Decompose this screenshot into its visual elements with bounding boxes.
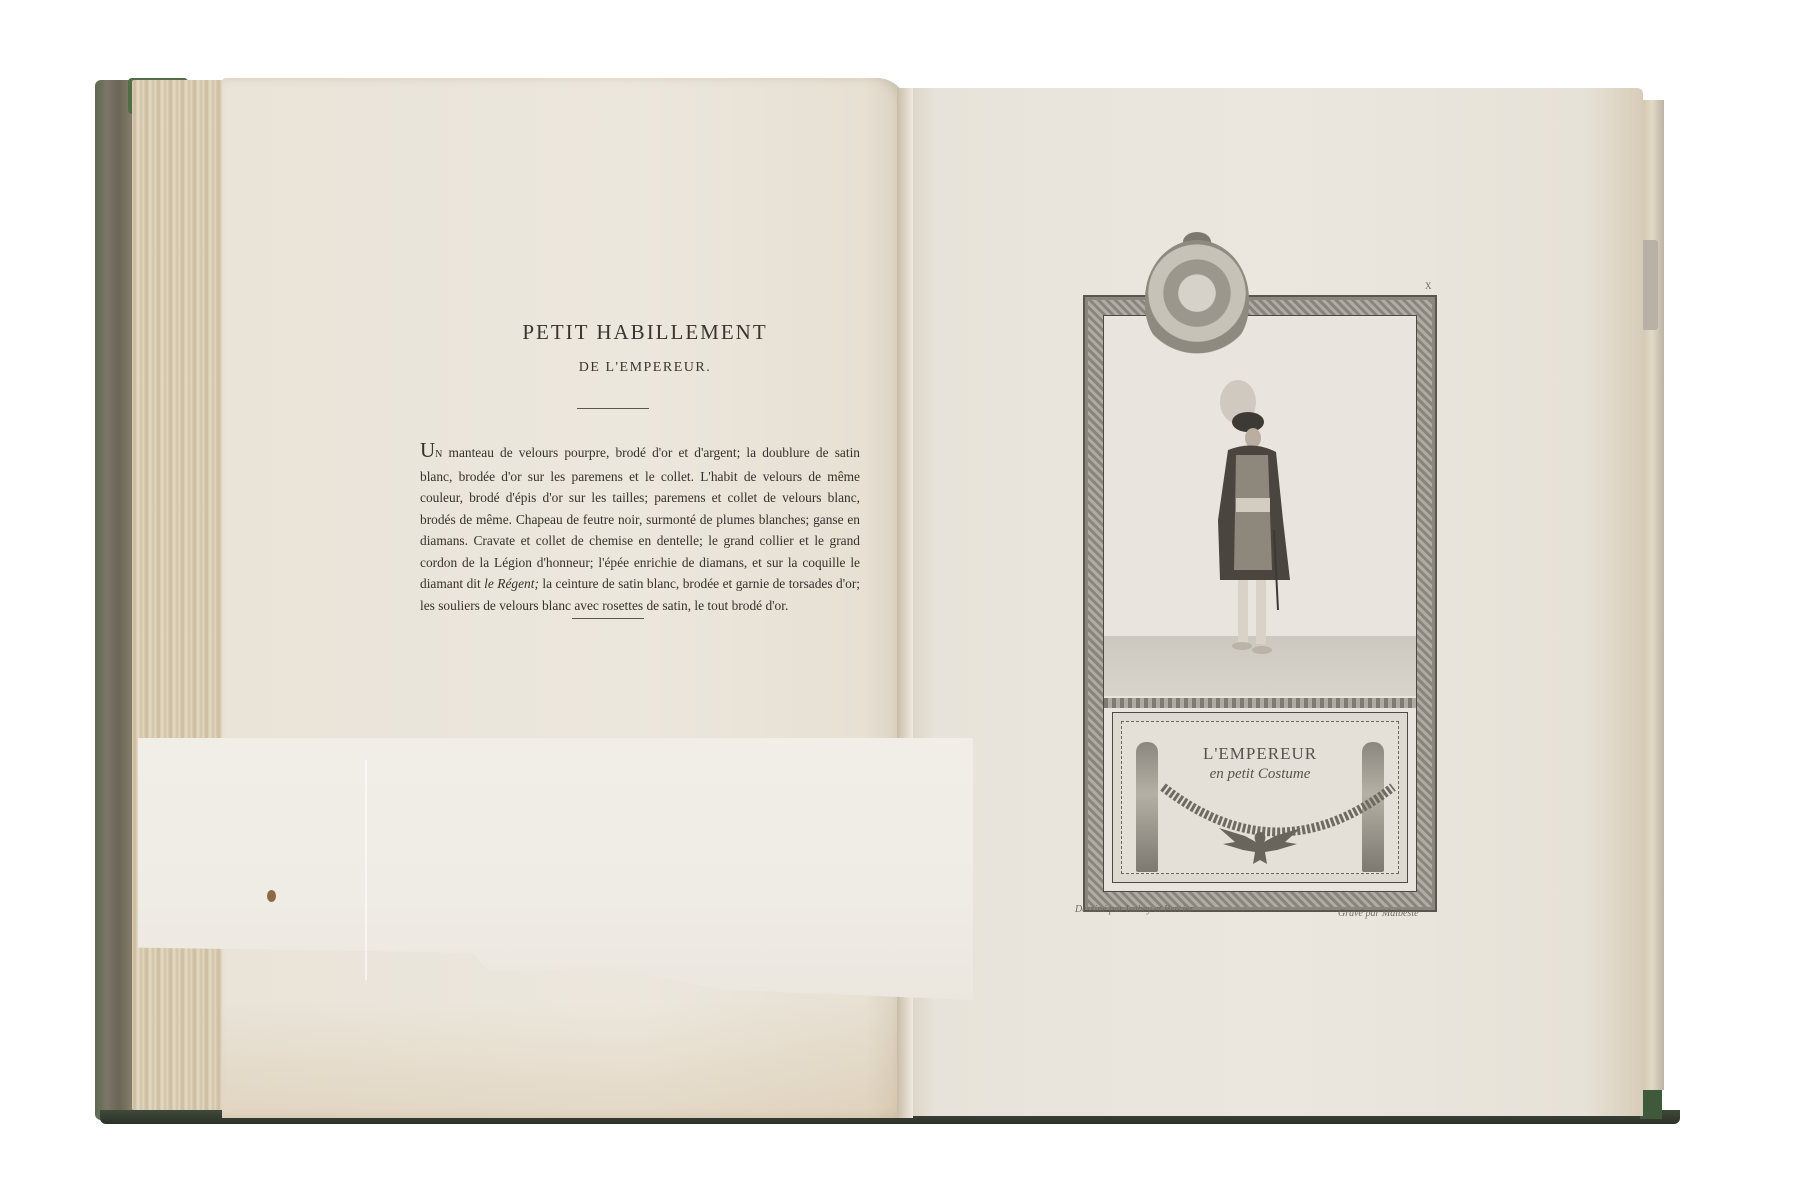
page-subheading: DE L'EMPEREUR.: [460, 360, 830, 376]
page-stack-edges: [132, 80, 228, 1110]
plate-caption-subtitle: en petit Costume: [1122, 766, 1398, 783]
imperial-crest-icon: [1145, 240, 1249, 358]
engraving-credit-designer: Dessiné par Isabey et Percier: [1075, 904, 1193, 915]
cartouche-inner: L'EMPEREUR en petit Costume: [1121, 721, 1399, 874]
drop-cap: U: [420, 438, 435, 462]
frieze-divider: [1104, 698, 1416, 708]
plate-caption-title: L'EMPEREUR: [1122, 744, 1398, 764]
book-cover-spine: [95, 80, 135, 1120]
imperial-eagle-icon: [1215, 822, 1305, 875]
engraving-credit-engraver: Gravé par Malbeste: [1338, 908, 1419, 919]
plate-number: X: [1425, 281, 1432, 291]
closing-divider: [572, 618, 644, 619]
paragraph-italic: le Régent;: [484, 576, 539, 591]
page-heading: PETIT HABILLEMENT: [460, 320, 830, 345]
tissue-crease: [365, 760, 367, 980]
description-paragraph: UN manteau de velours pourpre, brodé d'o…: [420, 440, 860, 616]
caption-cartouche: L'EMPEREUR en petit Costume: [1112, 712, 1408, 883]
paragraph-text-1: manteau de velours pourpre, brodé d'or e…: [420, 445, 860, 591]
foxing-spot: [267, 890, 276, 902]
book-cover-corner-right: [1640, 1085, 1662, 1119]
heading-divider: [577, 408, 649, 409]
page-foxing-stain: [222, 1000, 907, 1118]
emperor-figure-illustration: [1198, 380, 1298, 670]
